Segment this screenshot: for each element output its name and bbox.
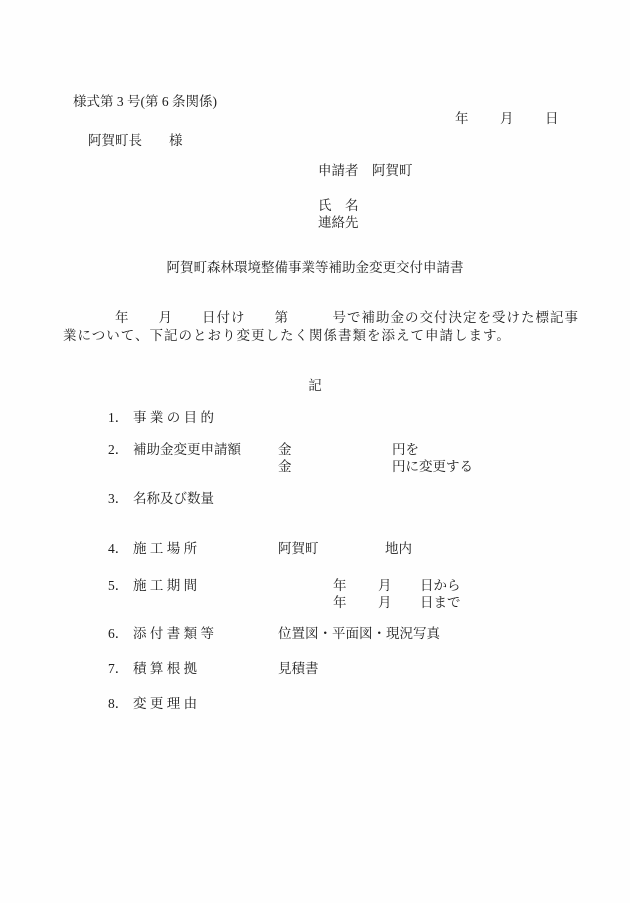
date-year-label: 年 bbox=[455, 111, 469, 126]
item-4-suffix: 地内 bbox=[385, 541, 412, 556]
body-line-1: 年 月 日付け 第 号で補助金の交付決定を受けた標記事 bbox=[115, 310, 579, 325]
item-5-to-month: 月 bbox=[378, 595, 392, 610]
item-7-number: 7． bbox=[108, 661, 128, 676]
item-5-from-day: 日から bbox=[420, 578, 461, 593]
date-day-label: 日 bbox=[545, 111, 559, 126]
item-1-label: 事 業 の 目 的 bbox=[133, 410, 214, 425]
item-5-label: 施 工 期 間 bbox=[133, 578, 197, 593]
item-2-label: 補助金変更申請額 bbox=[133, 442, 241, 457]
item-6-number: 6． bbox=[108, 626, 128, 641]
item-5-from-month: 月 bbox=[378, 578, 392, 593]
item-5-to-year: 年 bbox=[333, 595, 347, 610]
item-2-amount-from-prefix: 金 bbox=[278, 442, 292, 457]
item-2-amount-from-suffix: 円を bbox=[392, 442, 419, 457]
item-6-label: 添 付 書 類 等 bbox=[133, 626, 214, 641]
item-3-label: 名称及び数量 bbox=[133, 491, 214, 506]
application-form-page: 様式第 3 号(第 6 条関係) 年 月 日 阿賀町長 様 申請者 阿賀町 氏 … bbox=[0, 0, 630, 903]
item-4-number: 4． bbox=[108, 541, 128, 556]
contact-label: 連絡先 bbox=[318, 215, 359, 230]
item-7-label: 積 算 根 拠 bbox=[133, 661, 197, 676]
item-3-number: 3． bbox=[108, 491, 128, 506]
item-5-number: 5． bbox=[108, 578, 128, 593]
item-5-from-year: 年 bbox=[333, 578, 347, 593]
applicant-label: 申請者 bbox=[318, 163, 359, 178]
item-4-value: 阿賀町 bbox=[278, 541, 319, 556]
item-5-to-day: 日まで bbox=[420, 595, 461, 610]
item-8-number: 8． bbox=[108, 696, 128, 711]
body-line-2: 業について、下記のとおり変更したく関係書類を添えて申請します。 bbox=[63, 328, 511, 343]
item-2-number: 2． bbox=[108, 442, 128, 457]
item-4-label: 施 工 場 所 bbox=[133, 541, 197, 556]
item-8-label: 変 更 理 由 bbox=[133, 696, 197, 711]
item-7-value: 見積書 bbox=[278, 661, 319, 676]
item-2-amount-to-suffix: 円に変更する bbox=[392, 459, 473, 474]
form-number: 様式第 3 号(第 6 条関係) bbox=[73, 94, 217, 109]
item-1-number: 1． bbox=[108, 410, 128, 425]
addressee: 阿賀町長 様 bbox=[88, 133, 183, 148]
item-6-value: 位置図・平面図・現況写真 bbox=[278, 626, 440, 641]
document-title: 阿賀町森林環境整備事業等補助金変更交付申請書 bbox=[0, 260, 630, 275]
date-month-label: 月 bbox=[500, 111, 514, 126]
name-label: 氏 名 bbox=[318, 198, 359, 213]
item-2-amount-to-prefix: 金 bbox=[278, 459, 292, 474]
applicant-value: 阿賀町 bbox=[372, 163, 413, 178]
ki-marker: 記 bbox=[0, 378, 630, 393]
